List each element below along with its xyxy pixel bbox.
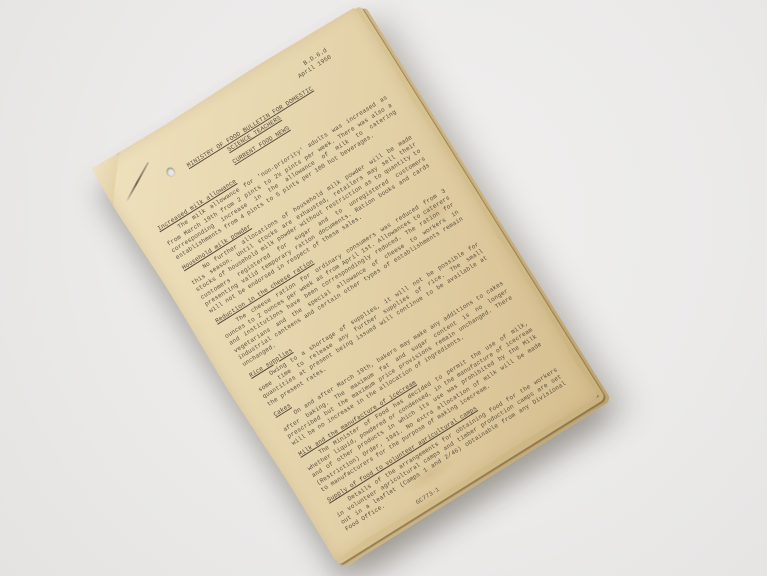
paper-stack: B.D.6.d April 1950 MINISTRY OF FOOD BULL… <box>90 4 599 561</box>
typed-text: B.D.6.d April 1950 MINISTRY OF FOOD BULL… <box>90 4 599 561</box>
photo-background: B.D.6.d April 1950 MINISTRY OF FOOD BULL… <box>0 0 767 576</box>
document-page: B.D.6.d April 1950 MINISTRY OF FOOD BULL… <box>90 4 599 561</box>
